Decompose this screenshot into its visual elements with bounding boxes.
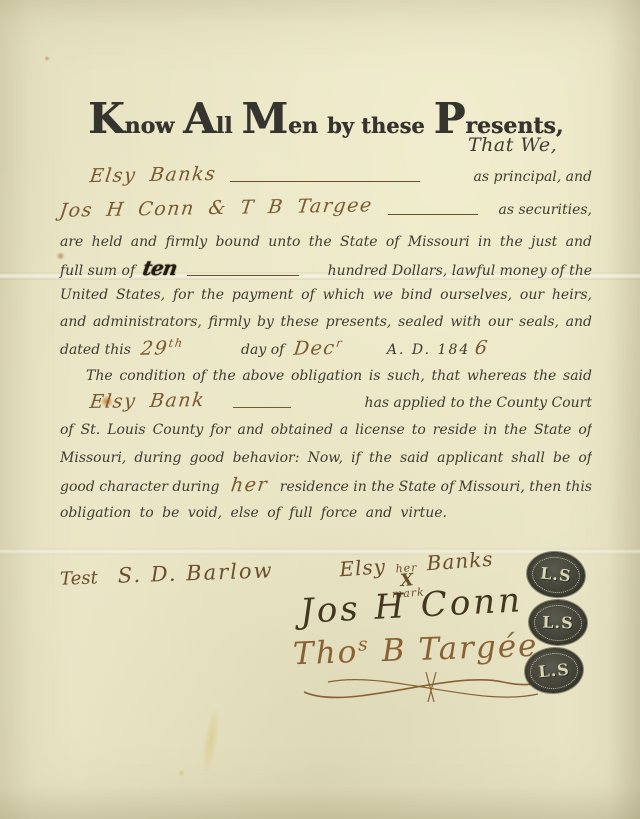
blank-fill-line bbox=[388, 214, 478, 215]
ink-stain bbox=[178, 770, 185, 776]
signature-flourish bbox=[298, 668, 560, 710]
heading-word: by these bbox=[327, 113, 425, 138]
dated-mid-text: day of bbox=[241, 342, 284, 358]
principal-last-name: Banks bbox=[426, 547, 494, 576]
security2-name-sup: s bbox=[358, 634, 370, 655]
seal-ls-label: L.S bbox=[539, 563, 572, 585]
blank-fill-dash bbox=[233, 407, 291, 408]
applicant-name-handwritten: Elsy Bank bbox=[89, 389, 207, 413]
heading-initial: P bbox=[434, 98, 466, 140]
sum-pre-text: full sum of bbox=[60, 263, 135, 279]
dated-pre-text: dated this bbox=[60, 342, 131, 358]
day-number: 29 bbox=[139, 337, 169, 359]
month-abbrev: Dec bbox=[293, 337, 337, 360]
security1-signature: Jos H Conn bbox=[299, 580, 524, 632]
month-suffix: r bbox=[336, 336, 345, 350]
heading-initial: K bbox=[88, 98, 125, 140]
sum-post-text: hundred Dollars, lawful money of the bbox=[328, 263, 592, 279]
principal-line: Elsy Banks as principal, and bbox=[60, 164, 592, 186]
heading-word: en bbox=[288, 113, 318, 139]
sum-line: full sum of ten hundred Dollars, lawful … bbox=[60, 256, 592, 280]
principal-label: as principal, and bbox=[474, 169, 592, 185]
condition-line-5-pre: good character during bbox=[60, 479, 220, 495]
ink-stain bbox=[44, 56, 50, 61]
condition-line-1: The condition of the above obligation is… bbox=[60, 366, 592, 386]
heading-initial: A bbox=[183, 98, 216, 140]
day-suffix: th bbox=[168, 336, 185, 350]
witness-signature: S. D. Barlow bbox=[117, 558, 274, 587]
body-line-3: United States, for the payment of which … bbox=[60, 285, 592, 305]
security2-name-post: B Targée bbox=[381, 628, 539, 669]
witness-test-label: Test bbox=[60, 567, 98, 589]
seal-ls-label: L.S bbox=[542, 612, 574, 632]
condition-line-3: of St. Louis County for and obtained a l… bbox=[60, 420, 592, 440]
condition-line-2: has applied to the County Court bbox=[365, 395, 592, 411]
securities-line: Jos H Conn & T B Targee as securities, bbox=[60, 197, 592, 219]
seal-border-ring: L.S bbox=[529, 650, 580, 690]
securities-names-handwritten: Jos H Conn & T B Targee bbox=[58, 194, 374, 221]
dated-day-handwritten: 29th bbox=[139, 336, 184, 360]
condition-line-4: Missouri, during good behavior: Now, if … bbox=[60, 448, 592, 468]
seal-ls-label: L.S bbox=[538, 660, 571, 682]
blank-fill-line bbox=[187, 275, 299, 276]
body-line-1: are held and firmly bound unto the State… bbox=[60, 232, 592, 252]
heading-that-we: That We, bbox=[468, 134, 557, 156]
dated-line: dated this 29th day of Decr A. D. 184 6 bbox=[60, 336, 592, 359]
principal-name-handwritten: Elsy Banks bbox=[89, 163, 218, 187]
condition-line-6: obligation to be void, else of full forc… bbox=[60, 503, 592, 523]
condition-line-5: good character during her residence in t… bbox=[60, 474, 592, 496]
security2-name-pre: Tho bbox=[292, 634, 359, 672]
applicant-line: Elsy Bank has applied to the County Cour… bbox=[60, 390, 592, 412]
ls-seal: L.S bbox=[525, 549, 587, 600]
pronoun-handwritten: her bbox=[230, 474, 270, 497]
principal-first-name: Elsy bbox=[339, 554, 387, 581]
heading-word: now bbox=[125, 113, 175, 139]
dated-year-printed: A. D. 184 bbox=[387, 342, 470, 358]
blank-fill-line bbox=[230, 181, 420, 182]
witness-attestation: Test S. D. Barlow bbox=[60, 558, 274, 589]
sum-value-handwritten: ten bbox=[141, 256, 179, 280]
dated-month-handwritten: Decr bbox=[293, 336, 345, 360]
condition-line-5-post: residence in the State of Missouri, then… bbox=[280, 479, 592, 495]
document-page: KnowAllMenby thesePresents, That We, Els… bbox=[0, 0, 640, 819]
securities-label: as securities, bbox=[498, 202, 592, 218]
dated-year-handwritten: 6 bbox=[474, 337, 490, 359]
heading-word: ll bbox=[216, 113, 233, 139]
seal-border-ring: L.S bbox=[533, 604, 582, 642]
security2-signature: Thos B Targée bbox=[292, 628, 539, 673]
heading-initial: M bbox=[241, 98, 288, 140]
water-stain bbox=[198, 703, 223, 776]
body-line-4: and administrators, firmly by these pres… bbox=[60, 312, 592, 332]
seal-border-ring: L.S bbox=[530, 554, 582, 595]
